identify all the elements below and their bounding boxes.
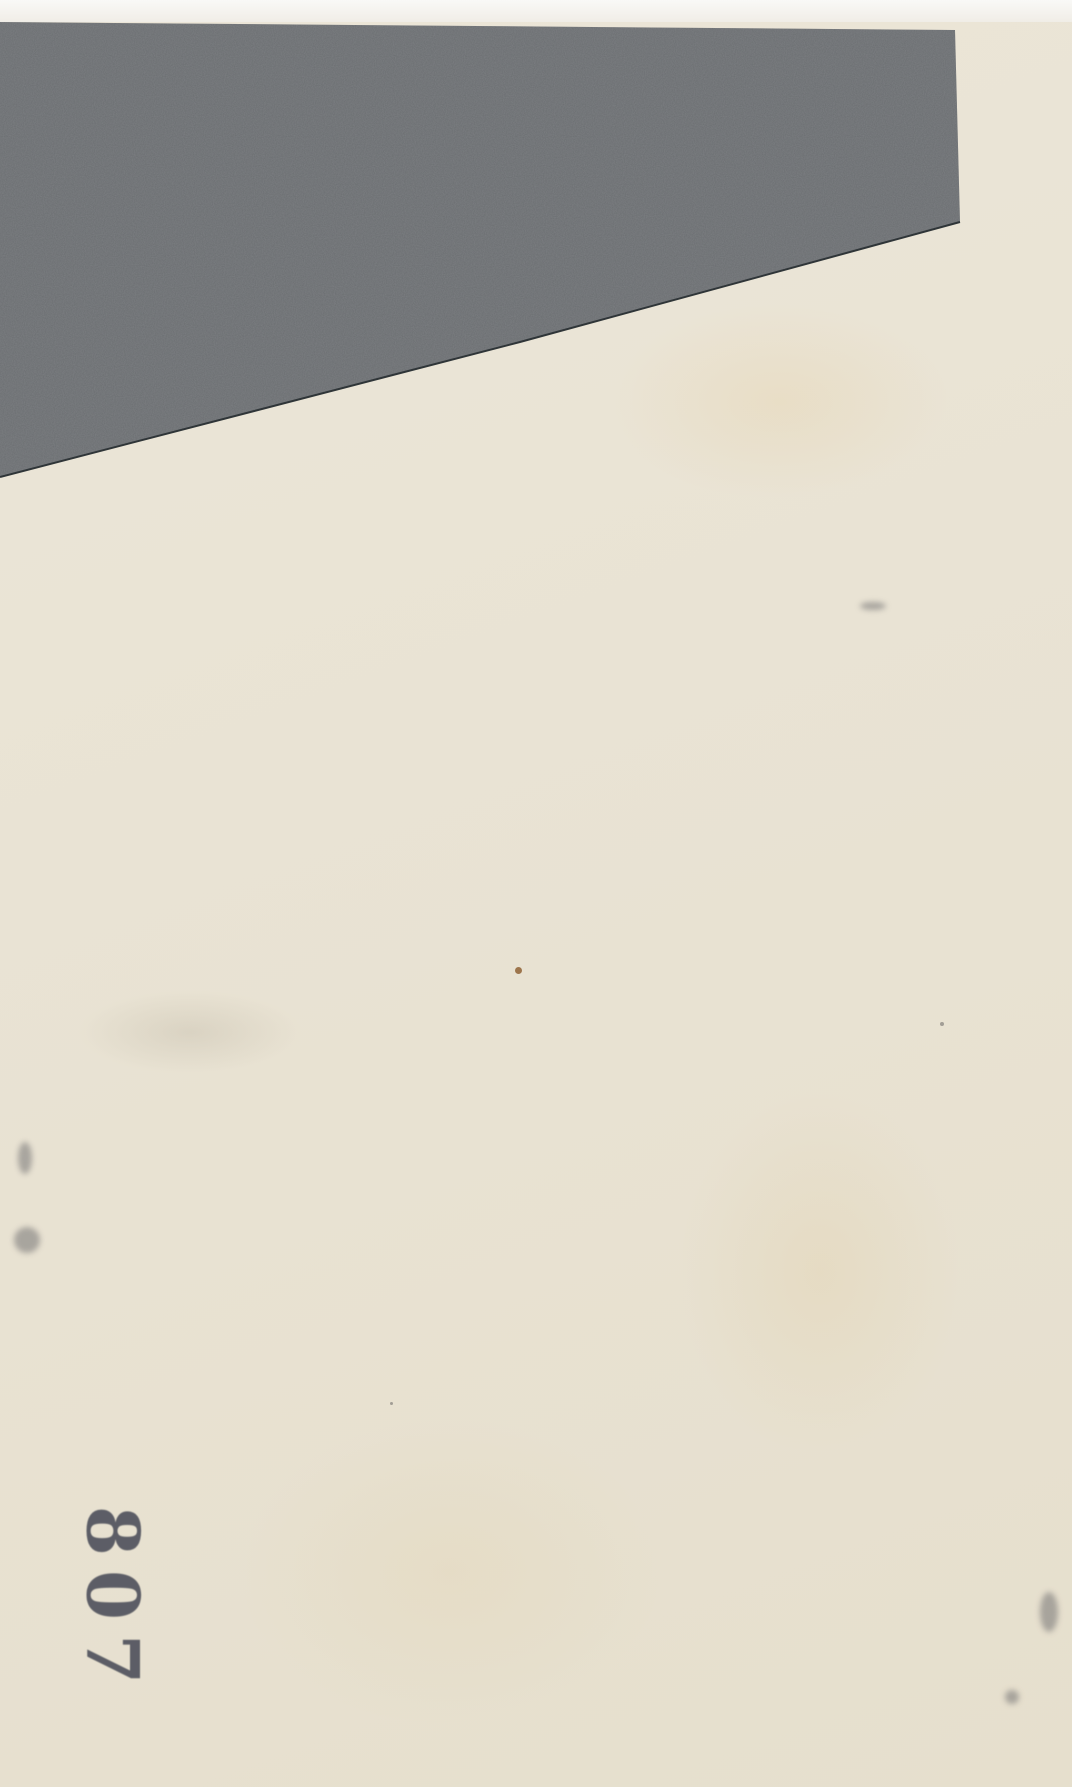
- felt-scrap: [0, 22, 1072, 542]
- ink-smudge: [1040, 1592, 1058, 1632]
- card-back: 807: [0, 22, 1072, 1787]
- ink-smudge: [18, 1142, 32, 1174]
- stamp-number: 807: [58, 1492, 168, 1712]
- ink-smudge: [1005, 1690, 1019, 1704]
- ink-smudge: [860, 602, 886, 610]
- dust-speck: [940, 1022, 944, 1026]
- scanned-card: 807: [0, 0, 1072, 1787]
- dust-speck: [390, 1402, 393, 1405]
- rust-speck: [515, 967, 522, 974]
- ink-smudge: [14, 1227, 40, 1253]
- stamp-text: 807: [71, 1506, 156, 1698]
